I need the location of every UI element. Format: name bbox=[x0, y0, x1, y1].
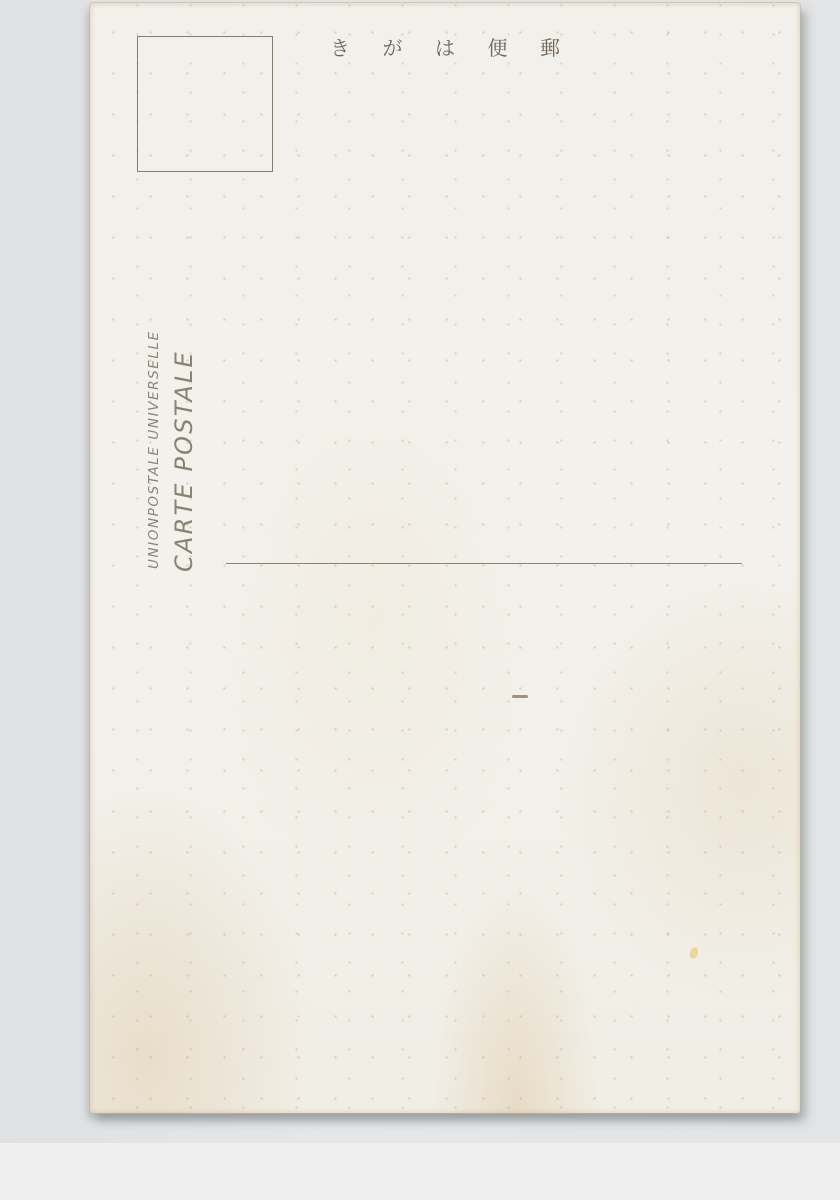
header-char: が bbox=[383, 32, 403, 61]
stamp-box bbox=[137, 36, 273, 172]
header-char: 便 bbox=[488, 32, 508, 61]
union-postale-text: UNIONPOSTALE UNIVERSELLE bbox=[146, 251, 162, 569]
ink-mark bbox=[512, 695, 528, 698]
stain-spot bbox=[688, 946, 700, 960]
carte-postale-text: CARTE POSTALE bbox=[170, 350, 198, 572]
header-char: き bbox=[330, 32, 350, 61]
bottom-band bbox=[0, 1143, 840, 1200]
header-char: は bbox=[435, 32, 455, 61]
header-char: 郵 bbox=[540, 32, 560, 61]
address-divider-line bbox=[226, 563, 742, 564]
postcard-back: き が は 便 郵 UNIONPOSTALE UNIVERSELLE CARTE… bbox=[90, 3, 800, 1113]
postcard-header-japanese: き が は 便 郵 bbox=[330, 32, 560, 61]
